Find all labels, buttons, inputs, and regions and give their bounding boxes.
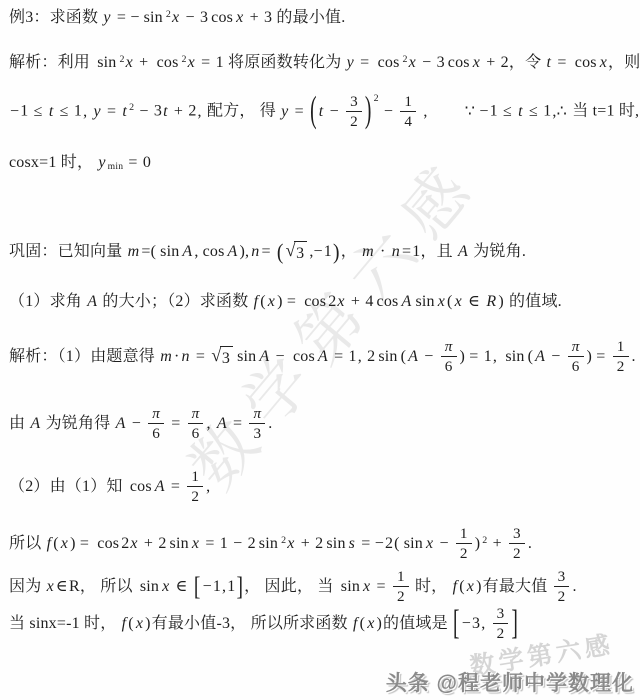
fraction: 14 <box>400 93 416 130</box>
big-bracket: ( <box>276 241 285 263</box>
fraction: 32 <box>493 605 509 642</box>
fraction: 12 <box>187 468 203 505</box>
fraction: 12 <box>456 525 472 562</box>
fraction: 12 <box>613 338 629 375</box>
math-line-solution-max-value: 因为 x∈R， 所以 sinx ∈ [−1,1]， 因此， 当 sinx = 1… <box>9 569 636 606</box>
fraction: 32 <box>509 525 525 562</box>
fraction: π6 <box>148 405 164 442</box>
radical: √3 <box>286 241 308 265</box>
math-line-solution-range: 当 sinx=-1 时， f(x)有最小值-3， 所以所求函数 f(x)的值域是… <box>9 606 636 643</box>
big-bracket: ] <box>235 574 244 600</box>
radical: √3 <box>211 346 233 370</box>
math-line-solution-angle-value: 由 A 为锐角得 A − π6 = π6, A = π3. <box>9 406 636 443</box>
math-content: 例3：求函数 y = −sin2x − 3cosx + 3 的最小值.解析：利用… <box>0 0 640 643</box>
big-bracket: [ <box>452 607 461 642</box>
big-bracket: ] <box>510 607 519 642</box>
fraction: π6 <box>188 405 204 442</box>
fraction: π6 <box>568 338 584 375</box>
fraction: π3 <box>249 405 265 442</box>
math-line-consolidation-problem: 巩固：已知向量 m=(sinA,cosA),n= (√3,−1)， m · n=… <box>9 240 636 265</box>
big-bracket: [ <box>193 574 202 600</box>
big-bracket: ) <box>332 241 341 263</box>
math-line-solution-part2-cos: （2）由（1）知 cosA = 12, <box>9 469 636 506</box>
document-page: 数学第六感 例3：求函数 y = −sin2x − 3cosx + 3 的最小值… <box>0 0 640 700</box>
big-bracket: ) <box>364 94 373 131</box>
byline-watermark: 头条 @程老师中学数理化 <box>386 667 634 697</box>
math-line-solution-fx-expansion: 所以 f(x) = cos2x + 2sinx = 1 − 2sin2x + 2… <box>9 526 636 563</box>
fraction: 32 <box>346 93 362 130</box>
math-line-example3-solution: 解析：利用 sin2x + cos2x = 1 将原函数转化为 y = cos2… <box>9 51 636 74</box>
fraction: π6 <box>441 338 457 375</box>
math-line-example3-minimum: cosx=1 时， ymin = 0 <box>9 151 636 175</box>
math-line-example3-completing-square: −1 ≤ t ≤ 1, y = t2 − 3t + 2, 配方， 得 y = (… <box>9 92 636 130</box>
fraction: 12 <box>393 568 409 605</box>
math-line-solution-part1: 解析：（1）由题意得 m·n = √3sinA − cosA = 1, 2sin… <box>9 339 636 376</box>
big-bracket: ( <box>309 94 318 131</box>
math-line-consolidation-questions: （1）求角 A 的大小；（2）求函数 f(x) = cos2x + 4cosAs… <box>9 290 636 313</box>
math-line-example3-problem: 例3：求函数 y = −sin2x − 3cosx + 3 的最小值. <box>9 6 636 29</box>
fraction: 32 <box>554 568 570 605</box>
